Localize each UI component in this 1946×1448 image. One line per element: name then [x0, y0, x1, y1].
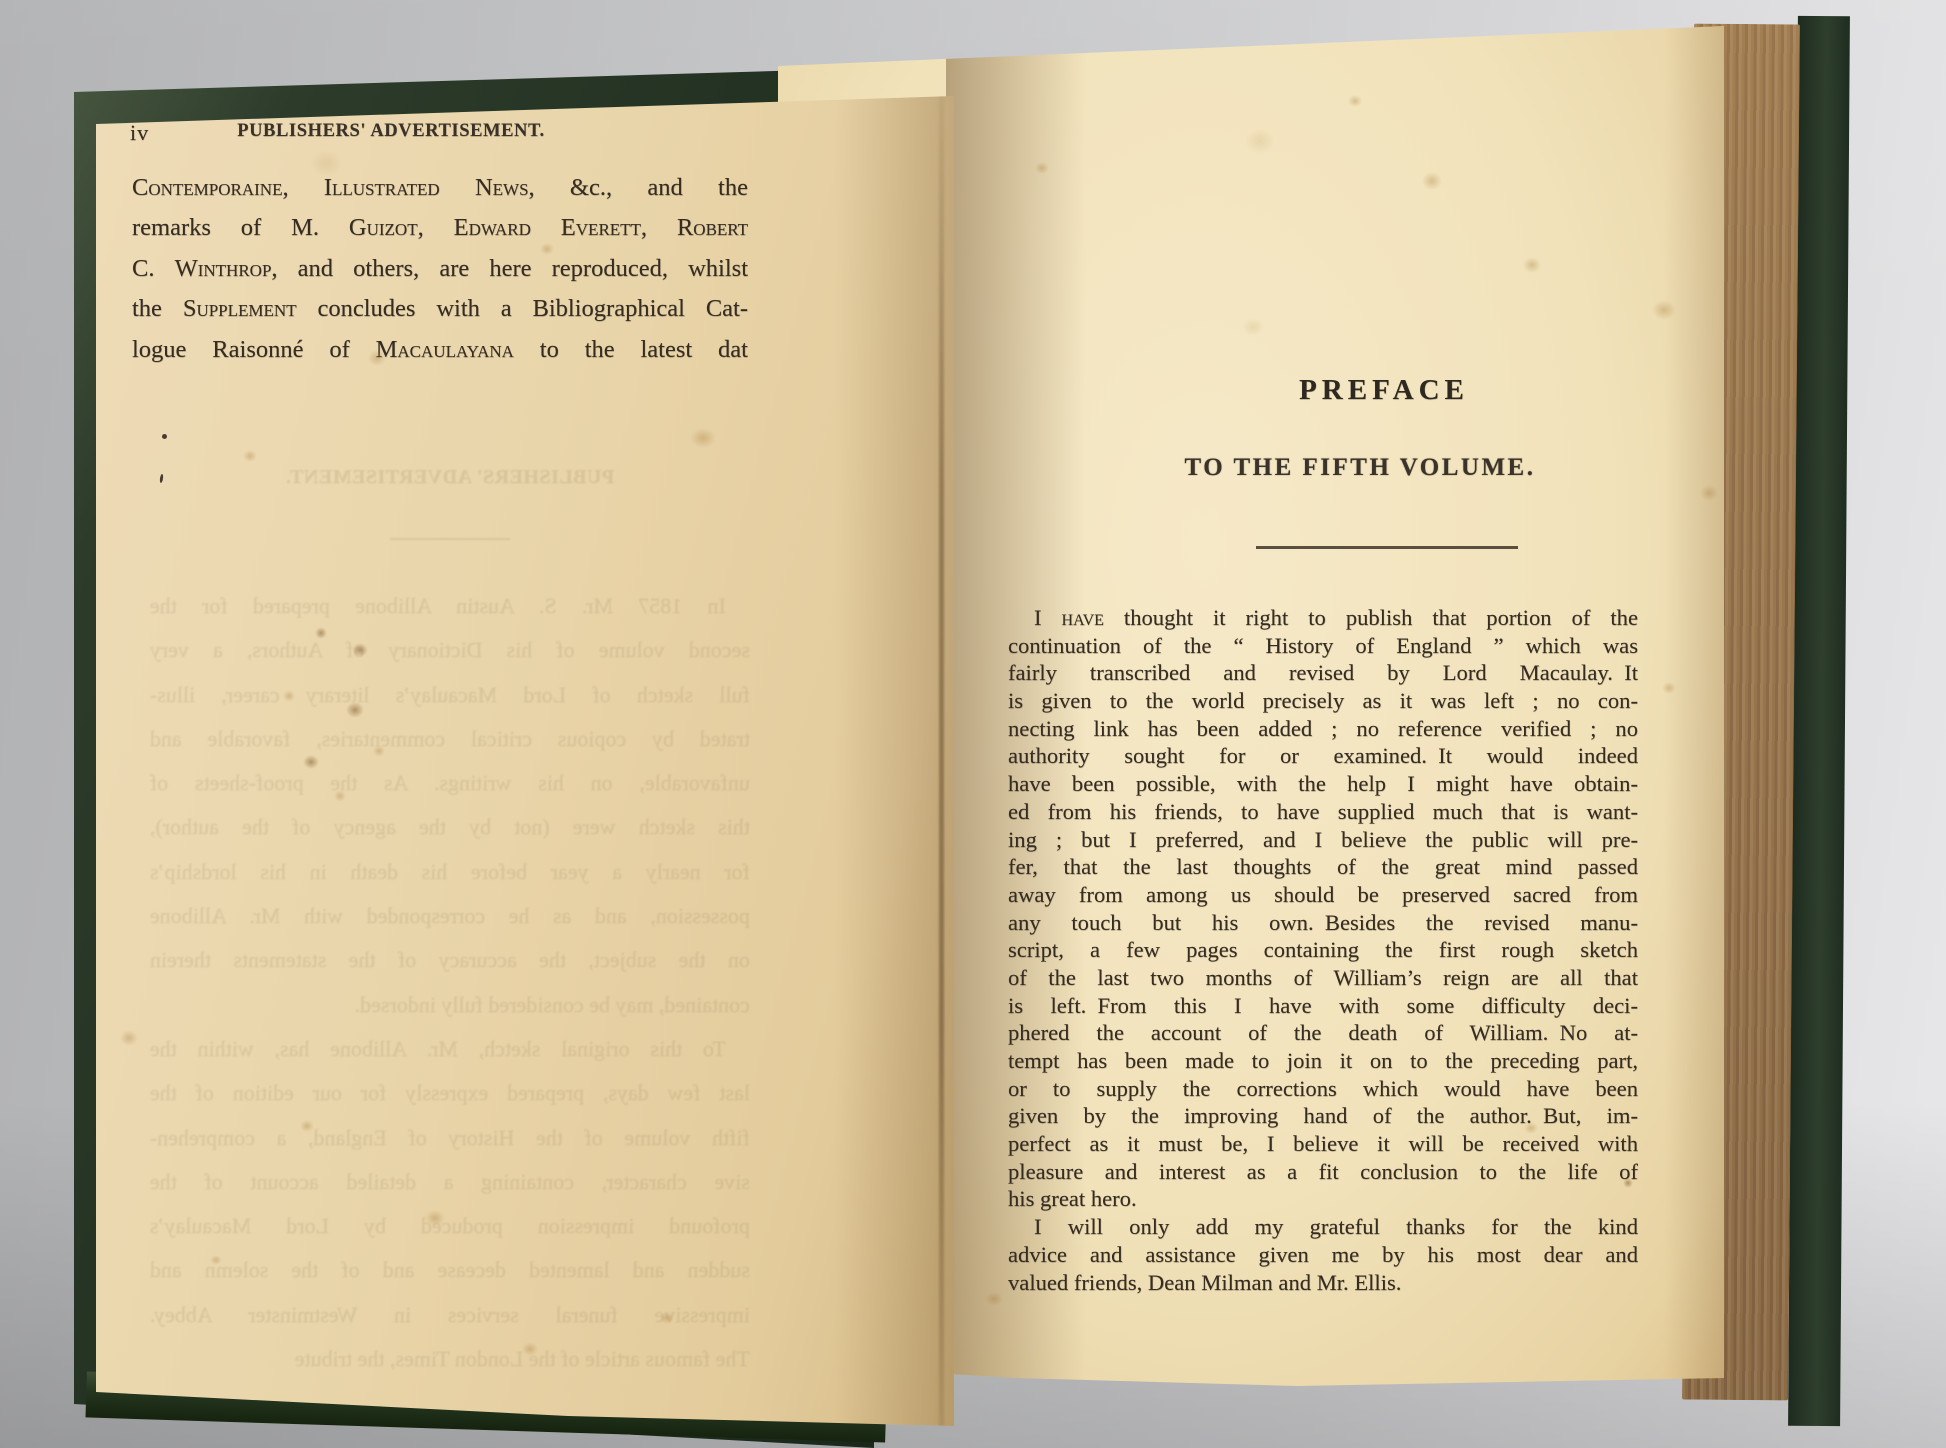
page-number: iv: [130, 120, 149, 146]
text-line: necting link has been added ; no referen…: [1008, 715, 1638, 743]
text-line: script, a few pages containing the first…: [1008, 936, 1638, 964]
foxing-spot: [1242, 318, 1264, 336]
show-through-rule: [390, 538, 510, 540]
text-line: sive character, containing a detailed ac…: [150, 1160, 750, 1204]
text-line: fer, that the last thoughts of the great…: [1008, 853, 1638, 881]
foxing-spot: [1035, 162, 1049, 174]
text-line: remarks of M. Guizot, Edward Everett, Ro…: [132, 208, 748, 248]
foxing-spot: [690, 428, 716, 448]
text-line: unfavorable, on his writings. As the pro…: [150, 761, 750, 805]
gutter-crease: [939, 96, 944, 1426]
text-line: possession, and as he corresponded with …: [150, 894, 750, 938]
text-line: continuation of the “ History of England…: [1008, 632, 1638, 660]
text-line: away from among us should be preserved s…: [1008, 881, 1638, 909]
text-line: trated by copious critical commentaries,…: [150, 717, 750, 761]
text-line: pleasure and interest as a fit conclusio…: [1008, 1158, 1638, 1186]
preface-title: PREFACE: [1084, 374, 1684, 407]
foxing-spot: [985, 1292, 1003, 1306]
text-line: on the subject, the accuracy of the stat…: [150, 938, 750, 982]
gutter-shadow-left: [834, 96, 954, 1426]
text-line: last few days, prepared expressly for ou…: [150, 1071, 750, 1115]
text-line: authority sought for or examined. It wou…: [1008, 742, 1638, 770]
book-scan: PREFACE TO THE FIFTH VOLUME. I have thou…: [0, 0, 1946, 1448]
preface-subtitle: TO THE FIFTH VOLUME.: [1060, 454, 1660, 482]
foxing-spot: [1348, 95, 1362, 107]
text-line: phered the account of the death of Willi…: [1008, 1019, 1638, 1047]
text-line: given by the improving hand of the autho…: [1008, 1102, 1638, 1130]
text-line: have been possible, with the help I migh…: [1008, 770, 1638, 798]
text-line: fairly transcribed and revised by Lord M…: [1008, 659, 1638, 687]
text-line: or to supply the corrections which would…: [1008, 1075, 1638, 1103]
text-line: the Supplement concludes with a Bibliogr…: [132, 289, 748, 329]
running-header: PUBLISHERS' ADVERTISEMENT.: [221, 121, 561, 142]
foxing-spot: [1523, 257, 1541, 273]
text-line: valued friends, Dean Milman and Mr. Elli…: [1008, 1269, 1638, 1297]
text-line: The famous article of the London Times, …: [150, 1337, 750, 1381]
foxing-spot: [1652, 300, 1676, 320]
text-line: ing ; but I preferred, and I believe the…: [1008, 826, 1638, 854]
advertisement-paragraph: Contemporaine, Illustrated News, &c., an…: [132, 168, 748, 370]
text-line: profound impression produced by Lord Mac…: [150, 1204, 750, 1248]
text-line: second volume of his Dictionary of Autho…: [150, 628, 750, 672]
text-line: I have thought it right to publish that …: [1008, 604, 1638, 632]
text-line: Contemporaine, Illustrated News, &c., an…: [132, 168, 748, 208]
text-line: ed from his friends, to have supplied mu…: [1008, 798, 1638, 826]
left-page: PUBLISHERS' ADVERTISEMENT. In 1857 Mr. S…: [96, 96, 954, 1426]
show-through-text: PUBLISHERS' ADVERTISEMENT. In 1857 Mr. S…: [150, 466, 750, 1381]
text-line: for nearly a year before his death in hi…: [150, 850, 750, 894]
foxing-spot: [1662, 682, 1676, 694]
text-line: full sketch of Lord Macaulay’s literary …: [150, 673, 750, 717]
text-line: I will only add my grateful thanks for t…: [1008, 1213, 1638, 1241]
text-line: In 1857 Mr. S. Austin Allibone prepared …: [150, 584, 750, 628]
fore-edge-shadow: [1664, 26, 1724, 1392]
text-line: his great hero.: [1008, 1185, 1638, 1213]
ink-speck: [162, 434, 167, 439]
text-line: fifth volume of the History of England, …: [150, 1116, 750, 1160]
preface-body: I have thought it right to publish that …: [1008, 604, 1638, 1296]
text-line: is left. From this I have with some diff…: [1008, 992, 1638, 1020]
foxing-spot: [1422, 172, 1442, 190]
text-line: logue Raisonné of Macaulayana to the lat…: [132, 330, 748, 370]
show-through-paragraphs: In 1857 Mr. S. Austin Allibone prepared …: [150, 584, 750, 1381]
show-through-header: PUBLISHERS' ADVERTISEMENT.: [150, 466, 750, 492]
text-line: tempt has been made to join it on to the…: [1008, 1047, 1638, 1075]
foxing-spot: [243, 450, 257, 462]
foxing-spot: [120, 1030, 138, 1046]
text-line: C. Winthrop, and others, are here reprod…: [132, 249, 748, 289]
text-line: is given to the world precisely as it wa…: [1008, 687, 1638, 715]
text-line: perfect as it must be, I believe it will…: [1008, 1130, 1638, 1158]
text-line: advice and assistance given me by his mo…: [1008, 1241, 1638, 1269]
text-line: contained, may be considered fully indor…: [150, 983, 750, 1027]
text-line: To this original sketch, Mr. Allibone ha…: [150, 1027, 750, 1071]
foxing-spot: [1245, 128, 1275, 154]
title-rule: [1256, 546, 1518, 549]
text-line: of the last two months of William’s reig…: [1008, 964, 1638, 992]
foxing-spot: [1700, 485, 1718, 501]
text-line: this sketch were (not by the agency of t…: [150, 805, 750, 849]
text-line: sudden and lamented decease and of the s…: [150, 1248, 750, 1292]
text-line: any touch but his own. Besides the revis…: [1008, 909, 1638, 937]
text-line: impressive funeral services in Westminst…: [150, 1293, 750, 1337]
